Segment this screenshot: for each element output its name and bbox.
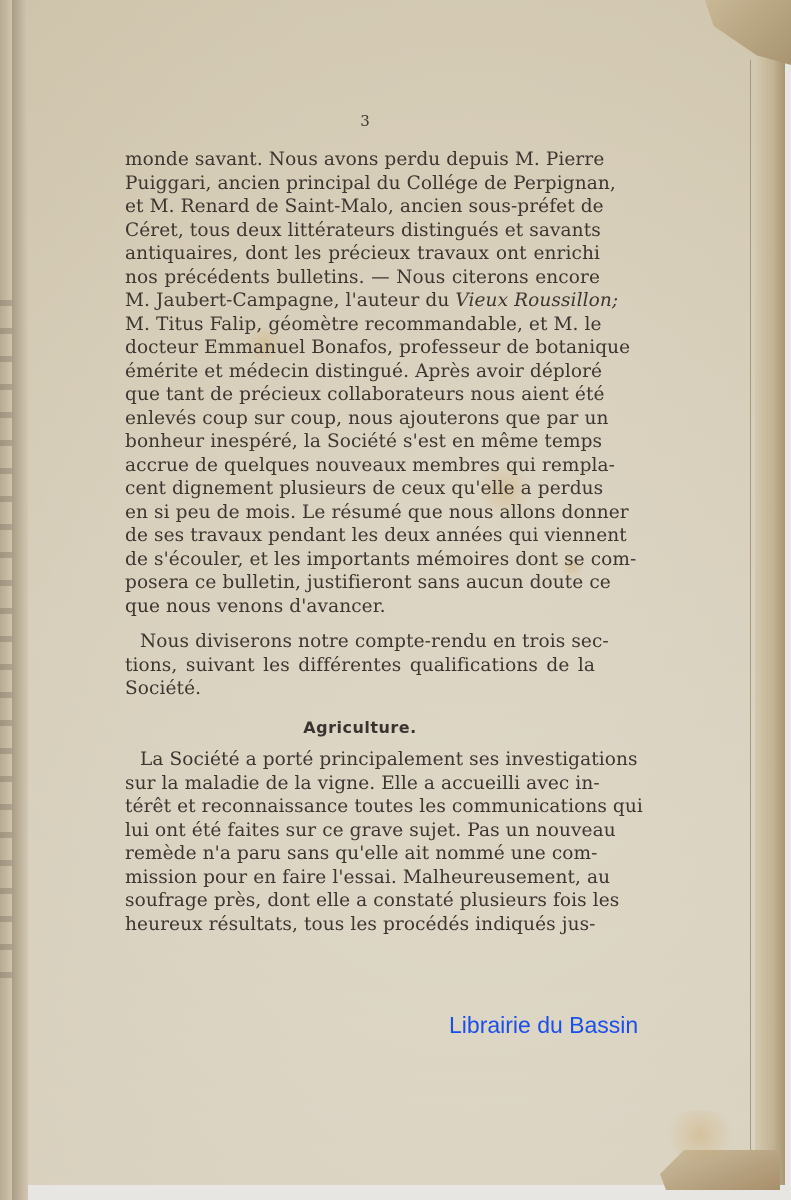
text-line: térêt et reconnaissance toutes les commu…: [125, 795, 593, 819]
paragraph-agriculture: La Société a porté principalement ses in…: [125, 748, 593, 936]
text-line: bonheur inespéré, la Société s'est en mê…: [125, 430, 600, 454]
text-line: nos précédents bulletins. — Nous citeron…: [125, 266, 600, 290]
text-line: Céret, tous deux littérateurs distingués…: [125, 219, 600, 243]
page-right-edge: [755, 0, 785, 1185]
text-line: sur la maladie de la vigne. Elle a accue…: [125, 772, 593, 796]
text-line: que nous venons d'avancer.: [125, 595, 600, 619]
text-line-with-italic: M. Jaubert-Campagne, l'auteur du Vieux R…: [125, 289, 600, 313]
foxing-stain: [660, 1110, 740, 1160]
text-line: mission pour en faire l'essai. Malheureu…: [125, 866, 593, 890]
text-line: en si peu de mois. Le résumé que nous al…: [125, 501, 600, 525]
text-line: soufrage près, dont elle a constaté plus…: [125, 889, 593, 913]
text-line: remède n'a paru sans qu'elle ait nommé u…: [125, 842, 593, 866]
text-line: accrue de quelques nouveaux membres qui …: [125, 454, 600, 478]
italic-book-title: Vieux Roussillon;: [455, 290, 618, 311]
text-line: heureux résultats, tous les procédés ind…: [125, 913, 593, 937]
text-line: tions, suivant les différentes qualifica…: [125, 654, 595, 678]
text-line: Puiggari, ancien principal du Collége de…: [125, 172, 600, 196]
text-line: posera ce bulletin, justifieront sans au…: [125, 571, 600, 595]
text-line: La Société a porté principalement ses in…: [125, 748, 593, 772]
section-heading: Agriculture.: [280, 718, 440, 737]
text-line: docteur Emmanuel Bonafos, professeur de …: [125, 336, 600, 360]
text-line: antiquaires, dont les précieux travaux o…: [125, 242, 600, 266]
text-segment: M. Jaubert-Campagne, l'auteur du: [125, 290, 455, 311]
book-gutter: [12, 0, 28, 1200]
text-line: émérite et médecin distingué. Après avoi…: [125, 360, 600, 384]
text-line: que tant de précieux collaborateurs nous…: [125, 383, 600, 407]
page-fold-line: [750, 60, 751, 1160]
seller-watermark: Librairie du Bassin: [449, 1012, 638, 1039]
text-line: monde savant. Nous avons perdu depuis M.…: [125, 148, 600, 172]
text-line: de ses travaux pendant les deux années q…: [125, 524, 600, 548]
text-line: M. Titus Falip, géomètre recommandable, …: [125, 313, 600, 337]
text-line: lui ont été faites sur ce grave sujet. P…: [125, 819, 593, 843]
text-line: enlevés coup sur coup, nous ajouterons q…: [125, 407, 600, 431]
paragraph-2: Nous diviserons notre compte-rendu en tr…: [125, 630, 595, 701]
adjacent-page-text-fragments: [0, 300, 12, 1000]
text-line: Nous diviserons notre compte-rendu en tr…: [125, 630, 595, 654]
text-line: et M. Renard de Saint-Malo, ancien sous-…: [125, 195, 600, 219]
paragraph-1: monde savant. Nous avons perdu depuis M.…: [125, 148, 600, 618]
text-line: Société.: [125, 677, 595, 701]
text-line: de s'écouler, et les importants mémoires…: [125, 548, 600, 572]
page-number: 3: [355, 112, 375, 130]
text-line: cent dignement plusieurs de ceux qu'elle…: [125, 477, 600, 501]
